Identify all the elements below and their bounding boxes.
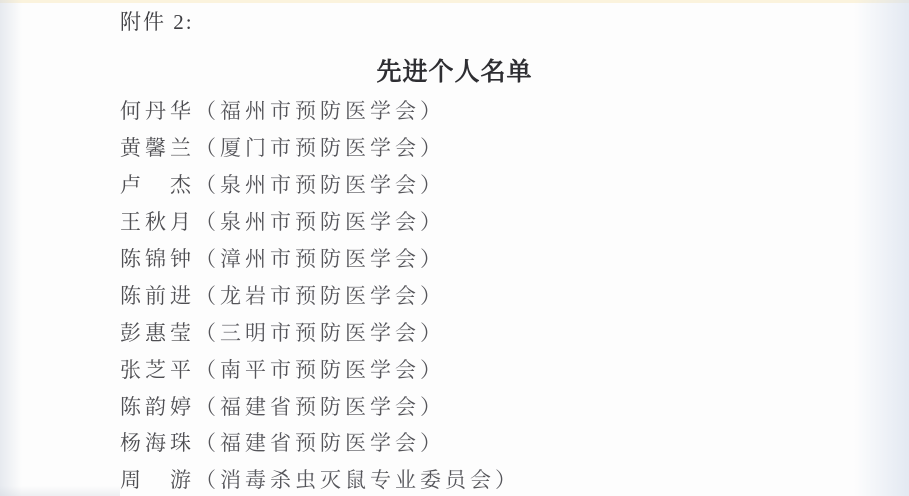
list-item: 陈韵婷（福建省预防医学会） <box>120 387 869 424</box>
person-name: 张芝平 <box>120 354 195 384</box>
page-title: 先进个人名单 <box>0 52 909 88</box>
person-org: （福州市预防医学会） <box>195 95 445 125</box>
person-name: 黄馨兰 <box>120 132 195 162</box>
person-org: （三明市预防医学会） <box>195 317 445 347</box>
list-item: 何丹华（福州市预防医学会） <box>120 92 869 129</box>
list-item: 陈锦钟（漳州市预防医学会） <box>120 240 869 277</box>
list-item: 黄馨兰（厦门市预防医学会） <box>120 129 869 166</box>
scan-top-edge-artifact <box>0 0 909 3</box>
people-list: 何丹华（福州市预防医学会）黄馨兰（厦门市预防医学会）卢 杰（泉州市预防医学会）王… <box>120 92 869 496</box>
list-item: 杨海珠（福建省预防医学会） <box>120 424 869 461</box>
person-org: （南平市预防医学会） <box>195 354 445 384</box>
list-item: 卢 杰（泉州市预防医学会） <box>120 166 869 203</box>
person-name: 陈前进 <box>120 280 195 310</box>
person-org: （漳州市预防医学会） <box>195 243 445 273</box>
person-org: （福建省预防医学会） <box>195 391 445 421</box>
person-name: 杨海珠 <box>120 427 195 457</box>
person-org: （龙岩市预防医学会） <box>195 280 445 310</box>
person-org: （厦门市预防医学会） <box>195 132 445 162</box>
person-name: 陈韵婷 <box>120 391 195 421</box>
list-item: 彭惠莹（三明市预防医学会） <box>120 313 869 350</box>
person-name: 陈锦钟 <box>120 243 195 273</box>
person-org: （消毒杀虫灭鼠专业委员会） <box>195 464 520 494</box>
person-org: （福建省预防医学会） <box>195 427 445 457</box>
person-name: 何丹华 <box>120 95 195 125</box>
person-name: 彭惠莹 <box>120 317 195 347</box>
person-org: （泉州市预防医学会） <box>195 169 445 199</box>
list-item: 周 游（消毒杀虫灭鼠专业委员会） <box>120 461 869 496</box>
attachment-label: 附件 2: <box>120 6 194 36</box>
person-name: 周 游 <box>120 464 195 494</box>
person-name: 卢 杰 <box>120 169 195 199</box>
person-org: （泉州市预防医学会） <box>195 206 445 236</box>
list-item: 陈前进（龙岩市预防医学会） <box>120 276 869 313</box>
list-item: 张芝平（南平市预防医学会） <box>120 350 869 387</box>
scanned-document-page: 附件 2: 先进个人名单 何丹华（福州市预防医学会）黄馨兰（厦门市预防医学会）卢… <box>0 0 909 496</box>
person-name: 王秋月 <box>120 206 195 236</box>
scan-bottom-edge-artifact <box>0 486 120 496</box>
list-item: 王秋月（泉州市预防医学会） <box>120 203 869 240</box>
